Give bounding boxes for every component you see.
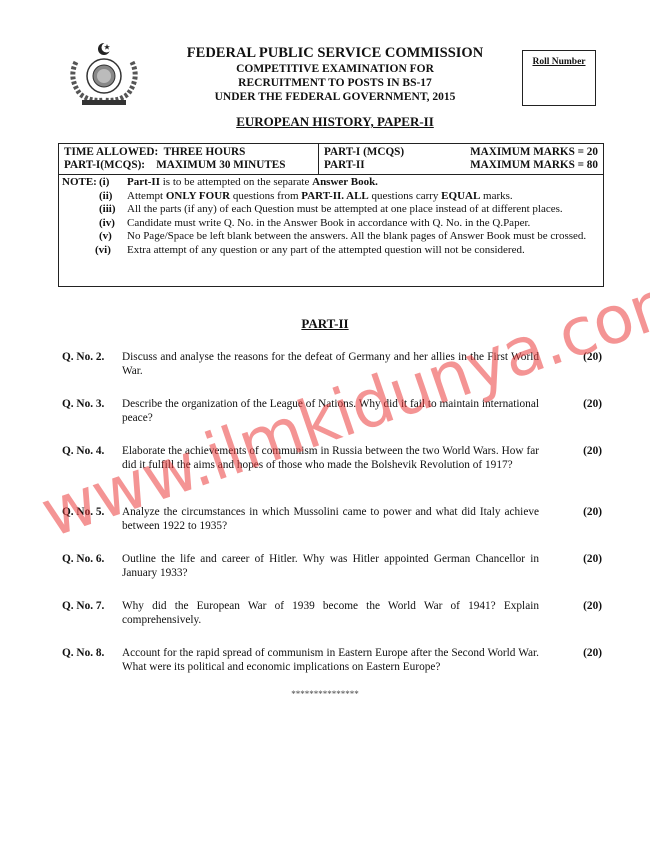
- time-allowed: TIME ALLOWED: THREE HOURSPART-I(MCQS): M…: [64, 146, 285, 172]
- exam-recruitment: RECRUITMENT TO POSTS IN BS-17: [150, 77, 520, 89]
- note-item: (ii)Attempt ONLY FOUR questions from PAR…: [59, 190, 603, 204]
- end-marker: ***************: [0, 689, 650, 699]
- question-text: Discuss and analyse the reasons for the …: [122, 351, 539, 378]
- note-label: (i): [99, 176, 109, 190]
- question-text: Account for the rapid spread of communis…: [122, 647, 539, 674]
- part1-marks: MAXIMUM MARKS = 20: [470, 146, 598, 159]
- max-marks: MAXIMUM MARKS = 20MAXIMUM MARKS = 80: [470, 146, 598, 172]
- mcq-time-text: PART-I(MCQS): MAXIMUM 30 MINUTES: [64, 159, 285, 172]
- question-number: Q. No. 5.: [62, 506, 104, 520]
- note-text: All the parts (if any) of each Question …: [127, 203, 563, 215]
- question-marks: (20): [583, 647, 602, 661]
- time-allowed-text: TIME ALLOWED: THREE HOURS: [64, 146, 285, 159]
- exam-title: COMPETITIVE EXAMINATION FOR: [150, 63, 520, 75]
- question-marks: (20): [583, 398, 602, 412]
- org-title: FEDERAL PUBLIC SERVICE COMMISSION: [150, 45, 520, 62]
- question-marks: (20): [583, 445, 602, 459]
- note-label: (ii): [99, 190, 112, 204]
- part2-label: PART-II: [324, 159, 404, 172]
- note-label: (iii): [99, 203, 116, 217]
- note-label: (v): [99, 230, 112, 244]
- question-number: Q. No. 8.: [62, 647, 104, 661]
- question-text: Outline the life and career of Hitler. W…: [122, 553, 539, 580]
- note-text: No Page/Space be left blank between the …: [127, 230, 586, 242]
- question-text: Why did the European War of 1939 become …: [122, 600, 539, 627]
- roll-number-label: Roll Number: [523, 57, 595, 67]
- note-item: NOTE:(i)Part-II is to be attempted on th…: [59, 176, 603, 190]
- note-item: (iv)Candidate must write Q. No. in the A…: [59, 217, 603, 231]
- note-text: Attempt ONLY FOUR questions from PART-II…: [127, 190, 513, 202]
- question-number: Q. No. 7.: [62, 600, 104, 614]
- part2-marks: MAXIMUM MARKS = 80: [470, 159, 598, 172]
- note-item: (iii)All the parts (if any) of each Ques…: [59, 203, 603, 217]
- part-title-text: PART-II: [301, 316, 348, 331]
- part1-label: PART-I (MCQS): [324, 146, 404, 159]
- question-marks: (20): [583, 600, 602, 614]
- question-number: Q. No. 2.: [62, 351, 104, 365]
- question-number: Q. No. 4.: [62, 445, 104, 459]
- question-marks: (20): [583, 553, 602, 567]
- note-item: (v)No Page/Space be left blank between t…: [59, 230, 603, 244]
- notes-list: NOTE:(i)Part-II is to be attempted on th…: [59, 176, 603, 258]
- exam-government: UNDER THE FEDERAL GOVERNMENT, 2015: [150, 91, 520, 103]
- roll-number-box: Roll Number: [522, 50, 596, 106]
- part-title: PART-II: [0, 316, 650, 332]
- note-text: Candidate must write Q. No. in the Answe…: [127, 217, 530, 229]
- question-text: Elaborate the achievements of communism …: [122, 445, 539, 472]
- note-title: NOTE:: [62, 176, 97, 190]
- note-item: (vi)Extra attempt of any question or any…: [59, 244, 603, 258]
- question-number: Q. No. 3.: [62, 398, 104, 412]
- note-text: Extra attempt of any question or any par…: [127, 244, 525, 256]
- fpsc-emblem-icon: [62, 40, 146, 108]
- question-text: Describe the organization of the League …: [122, 398, 539, 425]
- question-number: Q. No. 6.: [62, 553, 104, 567]
- note-label: (vi): [95, 244, 111, 258]
- paper-subject: EUROPEAN HISTORY, PAPER-II: [150, 114, 520, 130]
- note-text: Part-II is to be attempted on the separa…: [127, 176, 378, 188]
- question-marks: (20): [583, 351, 602, 365]
- marks-row: TIME ALLOWED: THREE HOURSPART-I(MCQS): M…: [59, 144, 603, 175]
- note-label: (iv): [99, 217, 115, 231]
- question-text: Analyze the circumstances in which Musso…: [122, 506, 539, 533]
- parts: PART-I (MCQS)PART-II: [324, 146, 404, 172]
- instructions-table: TIME ALLOWED: THREE HOURSPART-I(MCQS): M…: [58, 143, 604, 287]
- question-marks: (20): [583, 506, 602, 520]
